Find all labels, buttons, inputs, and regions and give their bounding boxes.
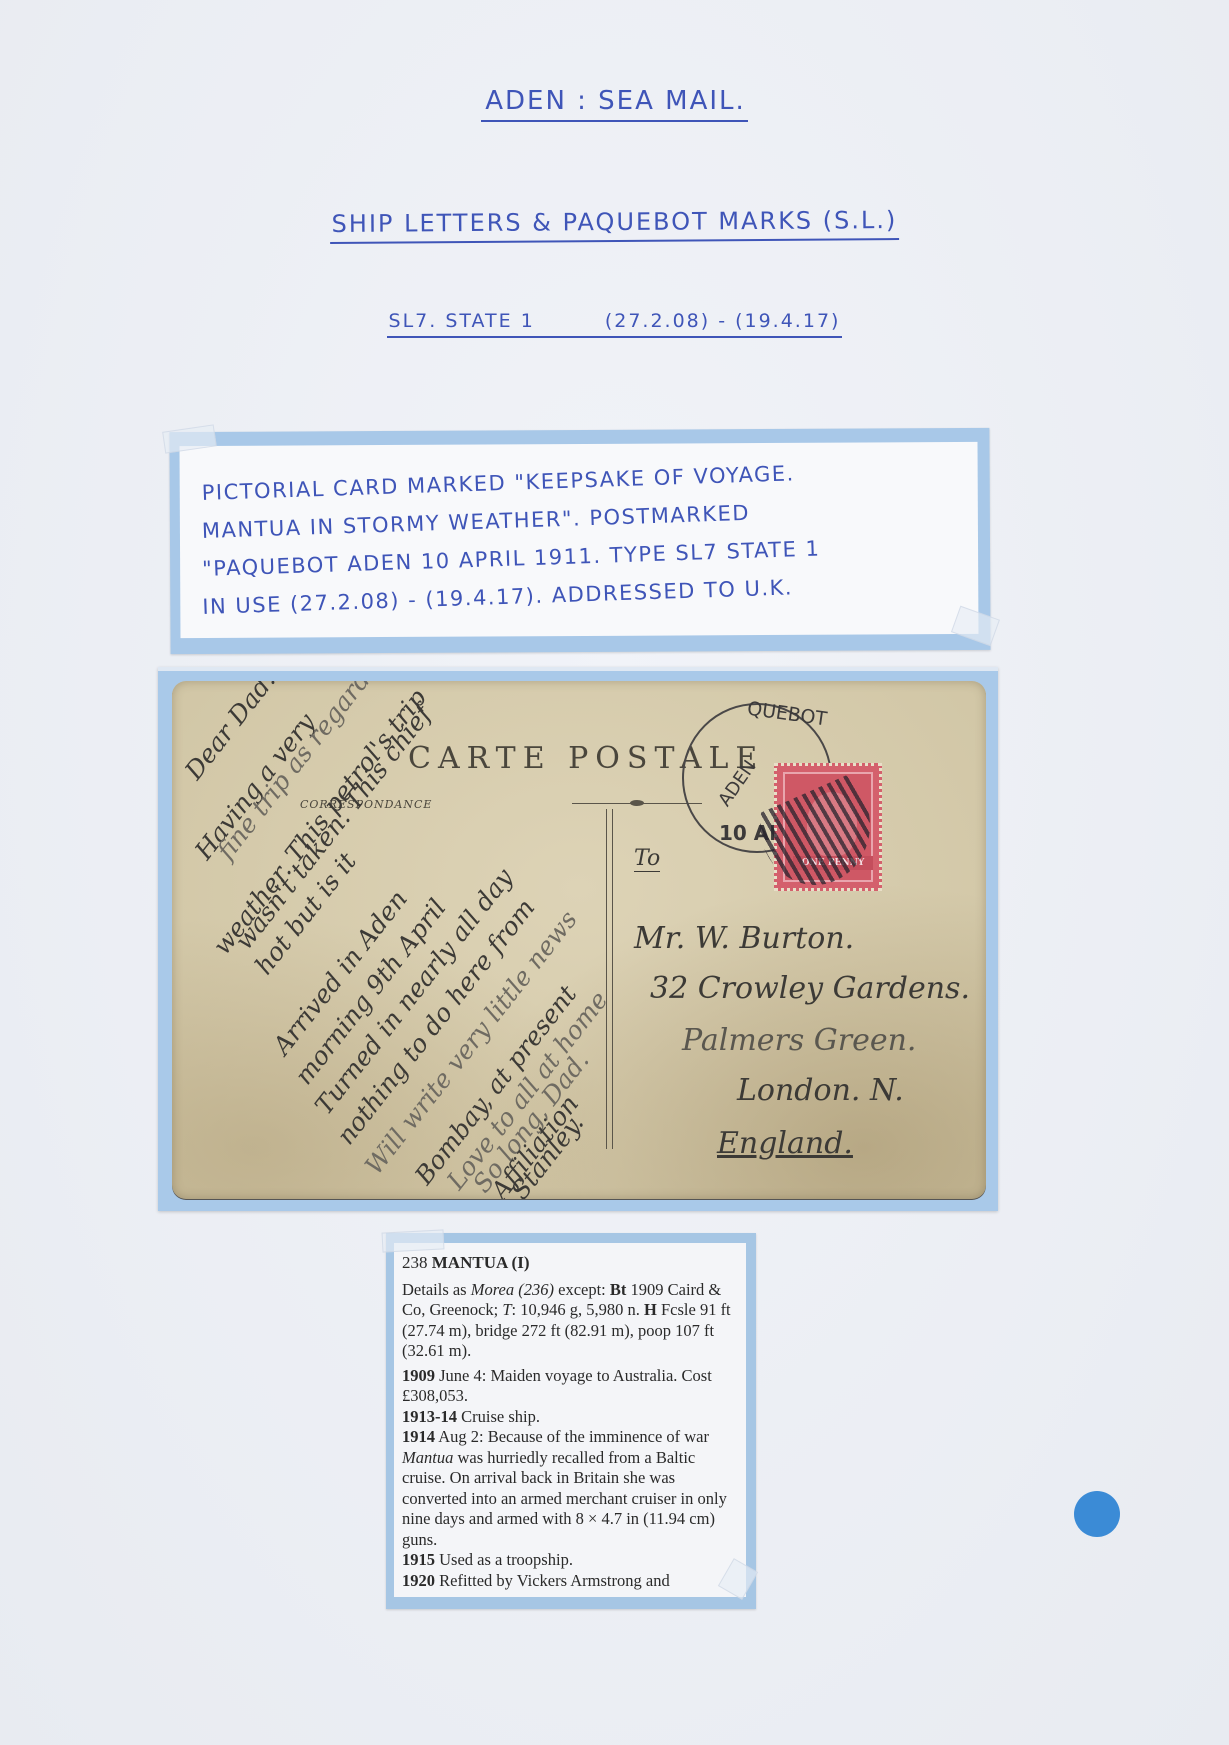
history-text: Aug 2: Because of the imminence of war — [435, 1427, 709, 1446]
ship-details: Details as Morea (236) except: Bt 1909 C… — [402, 1280, 740, 1362]
history-text: Refitted by Vickers Armstrong and — [435, 1571, 670, 1590]
description-mount: PICTORIAL CARD MARKED "KEEPSAKE OF VOYAG… — [169, 428, 990, 654]
address-line: London. N. — [737, 1073, 904, 1108]
postcard-divider — [606, 809, 613, 1149]
tonnage-label: T — [502, 1300, 511, 1319]
ship-number: 238 — [402, 1253, 428, 1272]
history-text: Used as a troopship. — [435, 1550, 573, 1569]
history-text: June 4: Maiden voyage to Australia. Cost… — [402, 1366, 712, 1406]
page-title-text: ADEN : SEA MAIL. — [481, 86, 748, 122]
address-line: Mr. W. Burton. — [634, 921, 854, 956]
details-text: except: — [554, 1280, 610, 1299]
details-text: Details as — [402, 1280, 471, 1299]
postcard: CARTE POSTALE CORRESPONDANCE Dear Dad. H… — [172, 681, 986, 1199]
ship-history: 1909 June 4: Maiden voyage to Australia.… — [402, 1366, 740, 1592]
ship-info-mount: 238 MANTUA (I) Details as Morea (236) ex… — [386, 1233, 756, 1609]
postcard-mount: CARTE POSTALE CORRESPONDANCE Dear Dad. H… — [158, 667, 998, 1211]
height-label: H — [644, 1300, 657, 1319]
address-line: Palmers Green. — [682, 1023, 916, 1058]
ship-entry-title: 238 MANTUA (I) — [402, 1253, 740, 1274]
page-subtitle-text: SHIP LETTERS & PAQUEBOT MARKS (S.L.) — [330, 206, 900, 244]
history-entry: 1920 Refitted by Vickers Armstrong and — [402, 1571, 740, 1592]
type-heading-text: SL7. STATE 1(27.2.08) - (19.4.17) — [387, 310, 843, 338]
type-label: SL7. STATE 1 — [389, 310, 535, 332]
details-text: : 10,946 g, 5,980 n. — [512, 1300, 644, 1319]
description-card: PICTORIAL CARD MARKED "KEEPSAKE OF VOYAG… — [179, 442, 978, 638]
ship-info-card: 238 MANTUA (I) Details as Morea (236) ex… — [394, 1243, 746, 1597]
address-line: 32 Crowley Gardens. — [650, 971, 970, 1006]
hinge-tape — [382, 1229, 445, 1252]
history-entry: 1909 June 4: Maiden voyage to Australia.… — [402, 1366, 740, 1407]
history-year: 1914 — [402, 1427, 435, 1446]
type-heading: SL7. STATE 1(27.2.08) - (19.4.17) — [0, 310, 1229, 338]
history-year: 1909 — [402, 1366, 435, 1385]
header-ornament — [572, 803, 702, 804]
type-dates: (27.2.08) - (19.4.17) — [605, 310, 841, 332]
history-text: Cruise ship. — [457, 1407, 540, 1426]
history-entry: 1914 Aug 2: Because of the imminence of … — [402, 1427, 740, 1550]
history-year: 1913-14 — [402, 1407, 457, 1426]
ref-ship-number: (236) — [518, 1280, 554, 1299]
hinge-tape — [951, 606, 1000, 647]
page-title: ADEN : SEA MAIL. — [0, 86, 1229, 122]
blue-sticker-dot — [1074, 1491, 1120, 1537]
page-subtitle: SHIP LETTERS & PAQUEBOT MARKS (S.L.) — [0, 204, 1229, 247]
built-label: Bt — [610, 1280, 627, 1299]
ship-name-italic: Mantua — [402, 1448, 453, 1467]
to-label: To — [634, 846, 660, 872]
address-line: England. — [717, 1126, 853, 1161]
ship-name: MANTUA (I) — [432, 1253, 530, 1272]
history-year: 1915 — [402, 1550, 435, 1569]
history-entry: 1915 Used as a troopship. — [402, 1550, 740, 1571]
history-entry: 1913-14 Cruise ship. — [402, 1407, 740, 1428]
ref-ship-name: Morea — [471, 1280, 514, 1299]
history-year: 1920 — [402, 1571, 435, 1590]
